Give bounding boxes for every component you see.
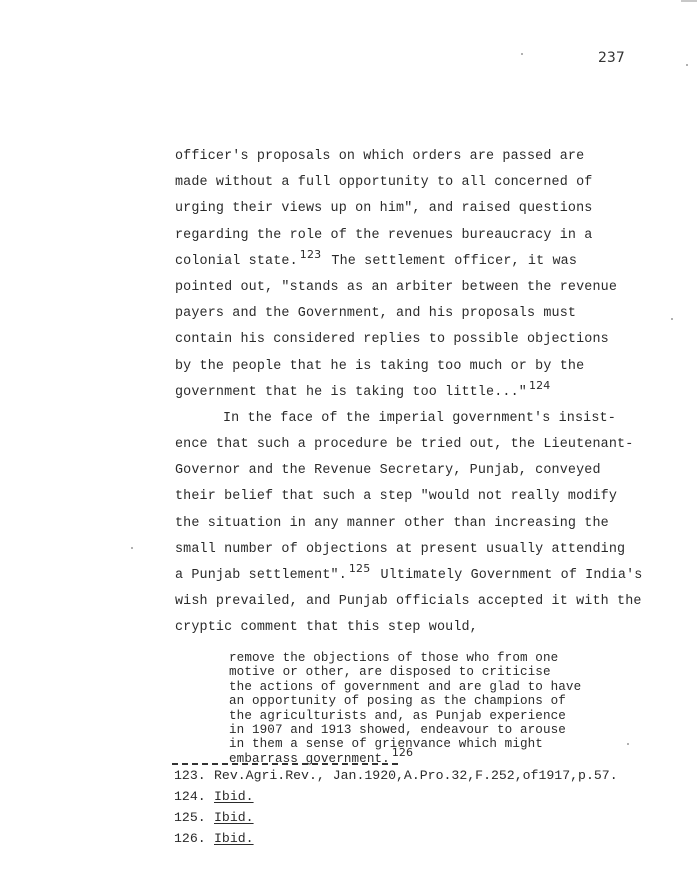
text-line: regarding the role of the revenues burea… — [175, 223, 655, 249]
footnotes: 123.Rev.Agri.Rev., Jan.1920,A.Pro.32,F.2… — [174, 765, 674, 849]
footnote-number: 125. — [174, 807, 214, 828]
footnote-number: 126. — [174, 828, 214, 849]
footnote-ref: 125 — [349, 562, 370, 575]
block-quote: remove the objections of those who from … — [229, 651, 649, 766]
text-line: their belief that such a step "would not… — [175, 484, 655, 510]
text-line: contain his considered replies to possib… — [175, 327, 655, 353]
footnote-ref: 126 — [392, 746, 413, 759]
footnote-ref: 123 — [300, 248, 321, 261]
text-line: wish prevailed, and Punjab officials acc… — [175, 589, 655, 615]
quote-line: the agriculturists and, as Punjab experi… — [229, 709, 649, 723]
footnote-text: Rev.Agri.Rev., Jan.1920,A.Pro.32,F.252,o… — [214, 768, 618, 783]
text-line: Governor and the Revenue Secretary, Punj… — [175, 458, 655, 484]
text-line: cryptic comment that this step would, — [175, 615, 655, 641]
quote-line: the actions of government and are glad t… — [229, 680, 649, 694]
quote-line: remove the objections of those who from … — [229, 651, 649, 665]
text-line: In the face of the imperial government's… — [175, 406, 655, 432]
text-line: pointed out, "stands as an arbiter betwe… — [175, 275, 655, 301]
text-line: made without a full opportunity to all c… — [175, 170, 655, 196]
footnote-ref: 124 — [529, 379, 550, 392]
footnote-number: 124. — [174, 786, 214, 807]
body-paragraphs: officer's proposals on which orders are … — [175, 144, 655, 642]
quote-line: an opportunity of posing as the champion… — [229, 694, 649, 708]
scan-speck — [686, 64, 688, 66]
footnote-text: Ibid. — [214, 810, 254, 825]
text-line: officer's proposals on which orders are … — [175, 144, 655, 170]
footnote-item: 123.Rev.Agri.Rev., Jan.1920,A.Pro.32,F.2… — [174, 765, 674, 786]
text-line: the situation in any manner other than i… — [175, 511, 655, 537]
text-line: government that he is taking too little.… — [175, 380, 655, 406]
text-line: a Punjab settlement".125 Ultimately Gove… — [175, 563, 655, 589]
scan-speck — [627, 743, 629, 745]
text-line: colonial state.123 The settlement office… — [175, 249, 655, 275]
footnote-item: 125.Ibid. — [174, 807, 674, 828]
footnote-text: Ibid. — [214, 789, 254, 804]
quote-line: in them a sense of grienvance which migh… — [229, 737, 649, 751]
page-number: 237 — [598, 50, 625, 66]
footnote-item: 124.Ibid. — [174, 786, 674, 807]
scan-speck — [521, 53, 523, 55]
footnote-text: Ibid. — [214, 831, 254, 846]
scan-corner-mark — [681, 0, 697, 2]
document-page: 237 officer's proposals on which orders … — [0, 0, 700, 883]
text-line: urging their views up on him", and raise… — [175, 196, 655, 222]
quote-line: in 1907 and 1913 showed, endeavour to ar… — [229, 723, 649, 737]
quote-line: motive or other, are disposed to critici… — [229, 665, 649, 679]
text-line: ence that such a procedure be tried out,… — [175, 432, 655, 458]
text-line: payers and the Government, and his propo… — [175, 301, 655, 327]
scan-speck — [671, 318, 673, 320]
scan-speck — [131, 547, 133, 549]
text-line: small number of objections at present us… — [175, 537, 655, 563]
footnote-item: 126.Ibid. — [174, 828, 674, 849]
text-line: by the people that he is taking too much… — [175, 354, 655, 380]
footnote-number: 123. — [174, 765, 214, 786]
